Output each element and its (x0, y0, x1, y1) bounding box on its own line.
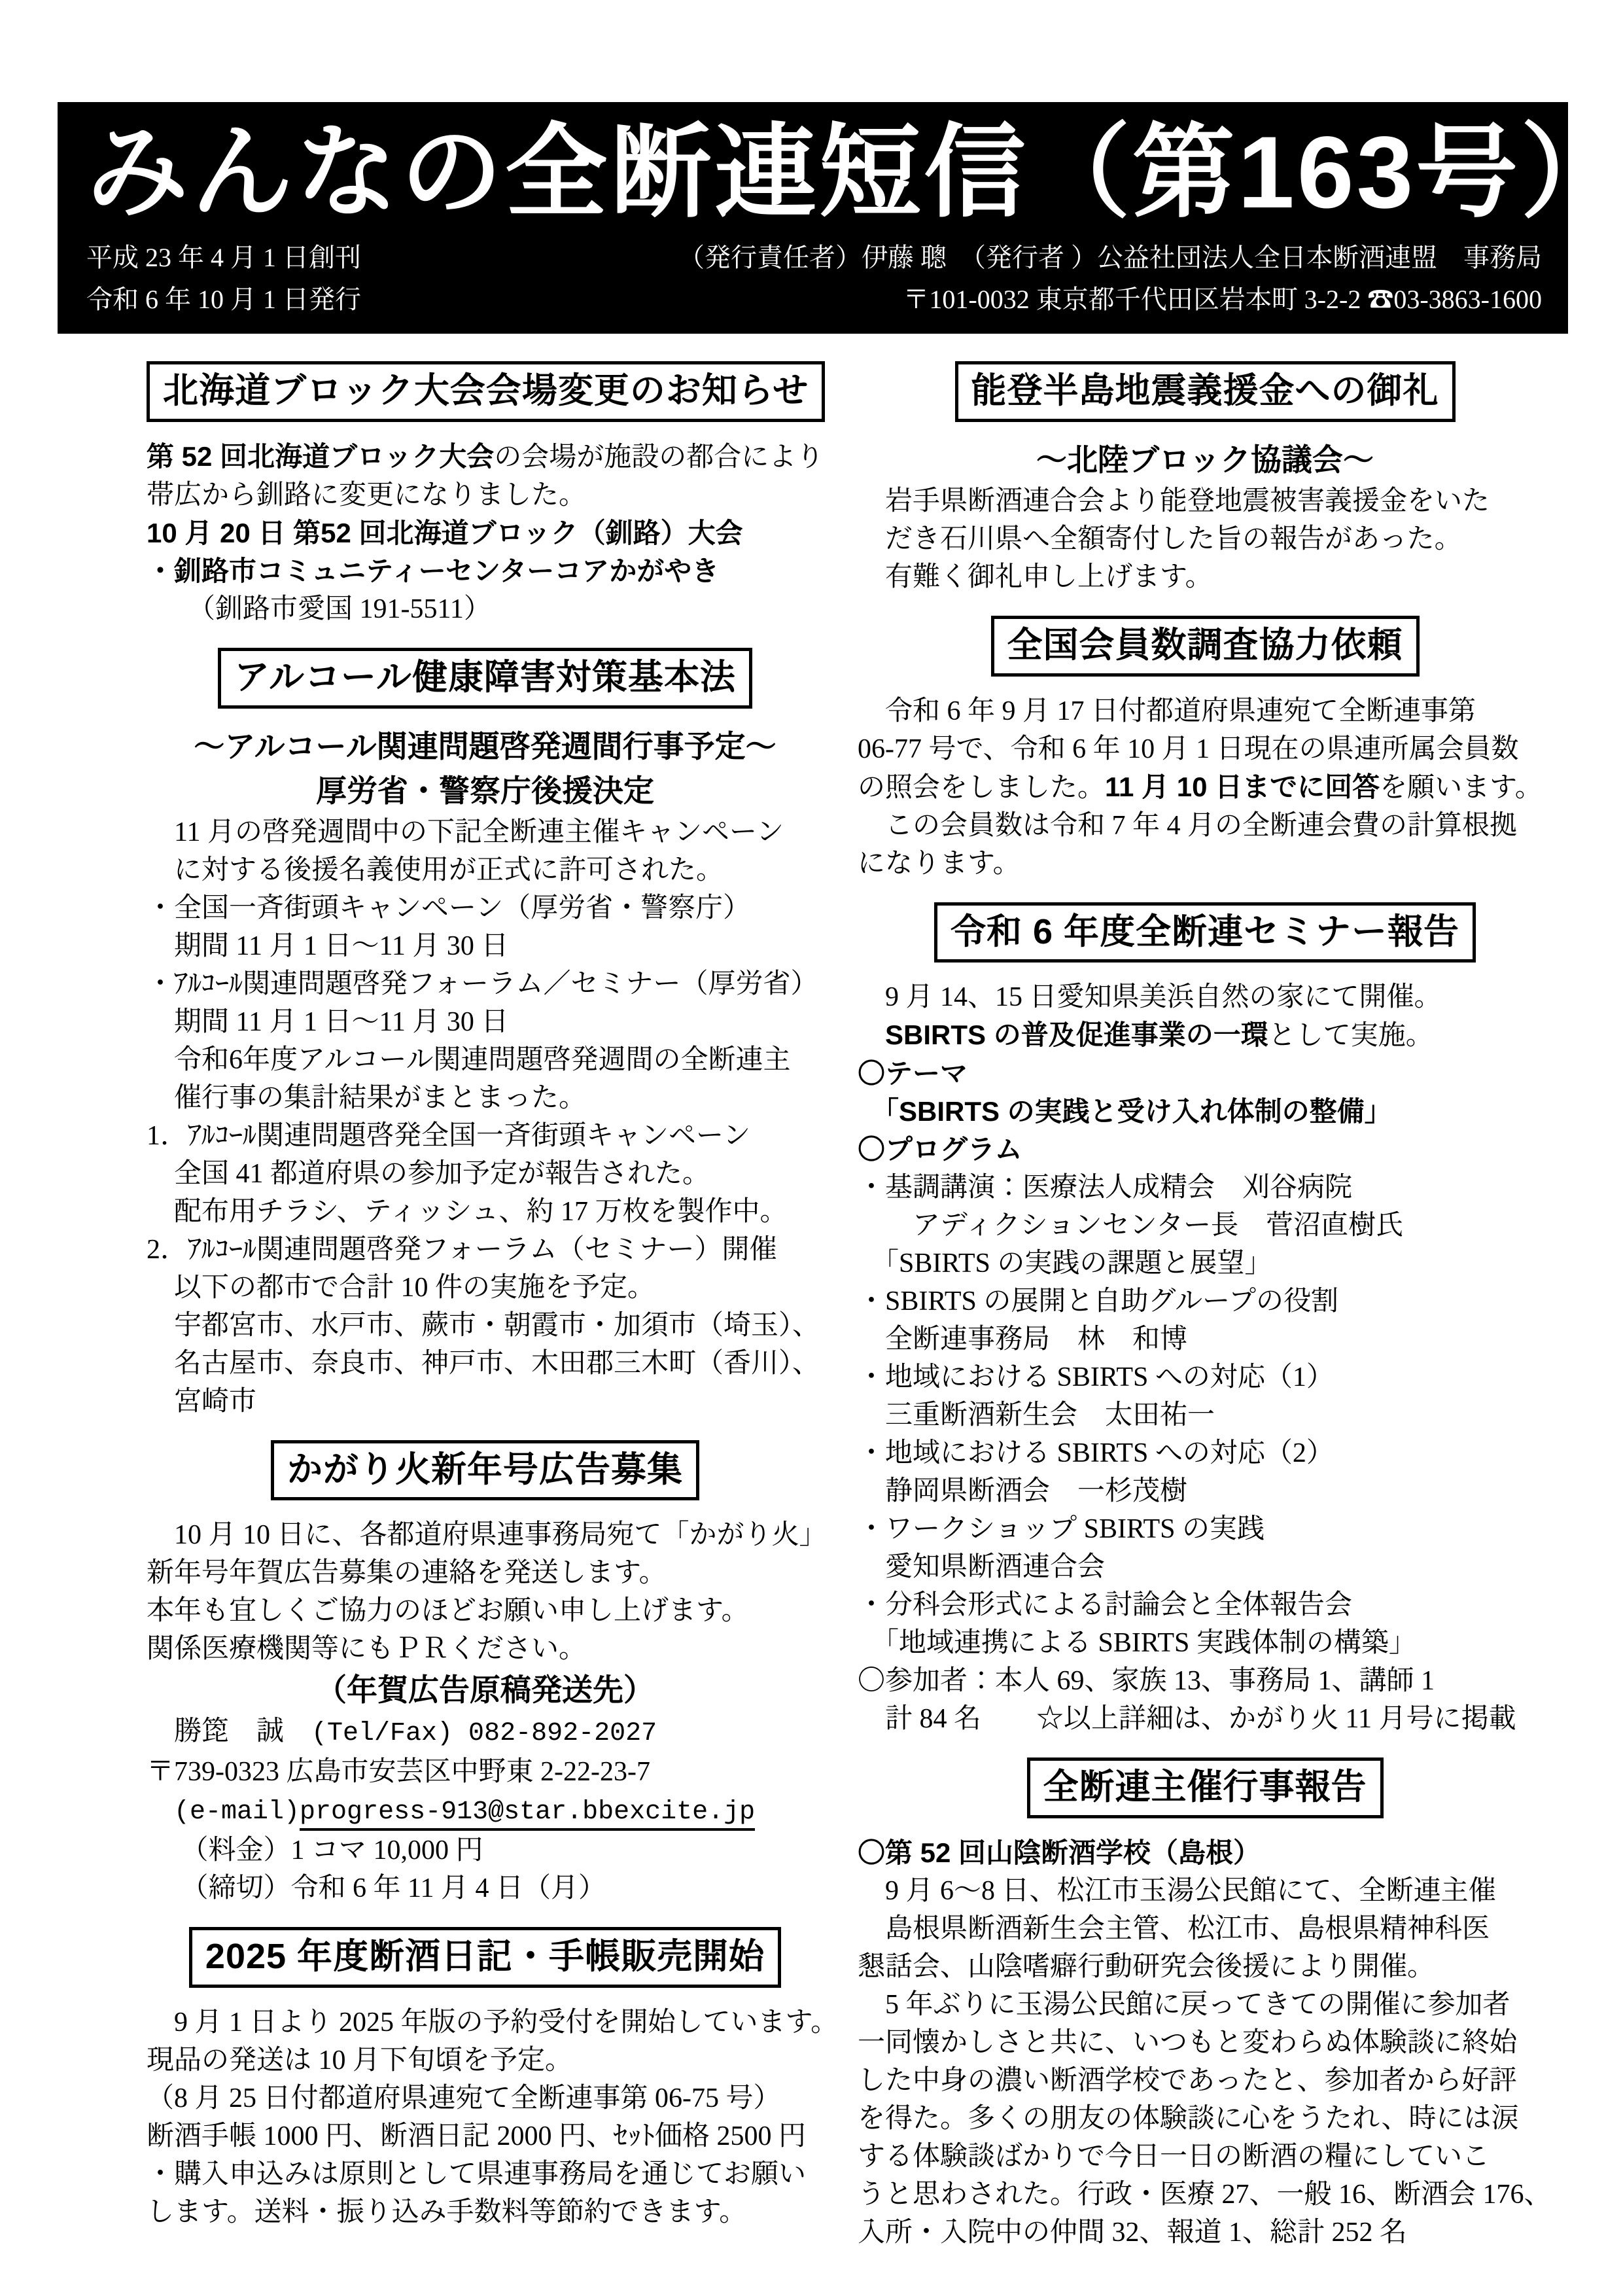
text-line: ・地域における SBIRTS への対応（2） (858, 1434, 1552, 1472)
text-segment: 「SBIRTS の実践の課題と展望」 (858, 1248, 1272, 1279)
text-line: を得た。多くの朋友の体験談に心をうたれ、時には涙 (858, 2100, 1552, 2138)
text-segment: 宮崎市 (147, 1386, 256, 1417)
text-line: この会員数は令和 7 年 4 月の全断連会費の計算根拠 (858, 807, 1552, 845)
text-line: 期間 11 月 1 日～11 月 30 日 (147, 1003, 824, 1041)
text-segment: (e-mail) (174, 1797, 300, 1827)
section: アルコール健康障害対策基本法～アルコール関連問題啓発週間行事予定～厚労省・警察庁… (147, 648, 824, 1421)
publisher-info: （発行責任者）伊藤 聰 （発行者 ）公益社団法人全日本断酒連盟 事務局 (678, 241, 1542, 275)
text-segment: した中身の濃い断酒学校であったと、参加者から好評 (858, 2066, 1517, 2096)
text-segment: うと思わされた。行政・医療 27、一般 16、断酒会 176、 (858, 2180, 1552, 2210)
text-segment: ・ｱﾙｺｰﾙ関連問題啓発フォーラム／セミナー（厚労省） (147, 969, 818, 999)
text-segment: の照会をしました。 (858, 773, 1105, 803)
text-segment: SBIRTS の普及促進事業の一環 (885, 1019, 1268, 1050)
text-segment: 配布用チラシ、ティッシュ、約 17 万枚を製作中。 (147, 1197, 787, 1227)
text-segment: 〇第 52 回山陰断酒学校（島根） (858, 1837, 1261, 1868)
text-line: の照会をしました。11 月 10 日までに回答を願います。 (858, 768, 1552, 807)
newsletter-page: { "header": { "title": "みんなの全断連短信（第163号）… (0, 0, 1623, 2296)
text-segment: この会員数は令和 7 年 4 月の全断連会費の計算根拠 (858, 811, 1517, 841)
text-segment: 愛知県断酒連合会 (858, 1552, 1105, 1582)
text-segment: を得た。多くの朋友の体験談に心をうたれ、時には涙 (858, 2104, 1519, 2134)
text-line: した中身の濃い断酒学校であったと、参加者から好評 (858, 2062, 1552, 2100)
text-line: 懇話会、山陰嗜癖行動研究会後援により開催。 (858, 1948, 1552, 1986)
text-segment: に対する後援名義使用が正式に許可された。 (147, 855, 724, 885)
text-line: アディクションセンター長 菅沼直樹氏 (858, 1207, 1552, 1245)
text-segment: だき石川県へ全額寄付した旨の報告があった。 (858, 524, 1462, 554)
text-line: ～アルコール関連問題啓発週間行事予定～ (147, 724, 824, 769)
text-segment: （8 月 25 日付都道府県連宛て全断連事第 06-75 号） (147, 2083, 781, 2113)
text-line: 10 月 10 日に、各都道府県連事務局宛て「かがり火」 (147, 1516, 824, 1554)
text-segment: （釧路市愛国 191-5511） (147, 594, 491, 624)
text-segment: 11 月の啓発週間中の下記全断連主催キャンペーン (147, 817, 784, 847)
text-segment: 9 月 1 日より 2025 年版の予約受付を開始しています。 (147, 2007, 838, 2038)
text-segment: 一同懐かしさと共に、いつもと変わらぬ体験談に終始 (858, 2028, 1517, 2058)
text-line: ・地域における SBIRTS への対応（1） (858, 1358, 1552, 1396)
section: かがり火新年号広告募集 10 月 10 日に、各都道府県連事務局宛て「かがり火」… (147, 1440, 824, 1908)
text-segment: 期間 11 月 1 日～11 月 30 日 (147, 1007, 508, 1037)
text-segment: 厚労省・警察庁後援決定 (316, 773, 654, 808)
text-line: 〇参加者：本人 69、家族 13、事務局 1、講師 1 (858, 1662, 1552, 1700)
text-segment: する体験談ばかりで今日一日の断酒の糧にしていこ (858, 2142, 1490, 2172)
text-line: 〇第 52 回山陰断酒学校（島根） (858, 1834, 1552, 1872)
text-line: (e-mail)progress-913@star.bbexcite.jp (147, 1791, 824, 1831)
text-segment: 宇都宮市、水戸市、蕨市・朝霞市・加須市（埼玉）、 (147, 1311, 820, 1341)
text-line: 期間 11 月 1 日～11 月 30 日 (147, 927, 824, 965)
text-segment: 関係医療機関等にもＰＲください。 (147, 1634, 586, 1664)
text-line: 〇プログラム (858, 1131, 1552, 1169)
text-segment: ～北陸ブロック協議会～ (1036, 442, 1374, 477)
section: 令和 6 年度全断連セミナー報告 9 月 14、15 日愛知県美浜自然の家にて開… (858, 902, 1552, 1739)
text-line: 帯広から釧路に変更になりました。 (147, 476, 824, 514)
text-segment: 断酒手帳 1000 円、断酒日記 2000 円、ｾｯﾄ価格 2500 円 (147, 2121, 806, 2151)
text-segment: 懇話会、山陰嗜癖行動研究会後援により開催。 (858, 1952, 1435, 1982)
text-line: 配布用チラシ、ティッシュ、約 17 万枚を製作中。 (147, 1193, 824, 1231)
text-segment: 令和 6 年 9 月 17 日付都道府県連宛て全断連事第 (858, 696, 1476, 726)
text-segment: ～アルコール関連問題啓発週間行事予定～ (194, 729, 776, 764)
left-column: 北海道ブロック大会会場変更のお知らせ第 52 回北海道ブロック大会の会場が施設の… (147, 356, 824, 2252)
text-line: 新年号年賀広告募集の連絡を発送します。 (147, 1554, 824, 1592)
text-segment: ・SBIRTS の展開と自助グループの役割 (858, 1286, 1338, 1316)
text-line: ・分科会形式による討論会と全体報告会 (858, 1586, 1552, 1624)
text-line: ・全国一斉街頭キャンペーン（厚労省・警察庁） (147, 889, 824, 927)
text-segment: ・分科会形式による討論会と全体報告会 (858, 1590, 1352, 1620)
text-segment: 現品の発送は 10 月下旬頃を予定。 (147, 2045, 572, 2075)
text-line: 宮崎市 (147, 1383, 824, 1421)
text-line: ・ワークショップ SBIRTS の実践 (858, 1510, 1552, 1548)
text-segment: 三重断酒新生会 太田祐一 (858, 1400, 1215, 1430)
text-line: ・購入申込みは原則として県連事務局を通じてお願い (147, 2155, 824, 2193)
text-segment: 期間 11 月 1 日～11 月 30 日 (147, 931, 508, 961)
text-segment: ・地域における SBIRTS への対応（2） (858, 1438, 1334, 1468)
section: 全断連主催行事報告〇第 52 回山陰断酒学校（島根） 9 月 6～8 日、松江市… (858, 1757, 1552, 2252)
text-line: 2．ｱﾙｺｰﾙ関連問題啓発フォーラム（セミナー）開催 (147, 1231, 824, 1269)
text-segment: (Tel/Fax) 082-892-2027 (311, 1719, 657, 1748)
text-segment: 1．ｱﾙｺｰﾙ関連問題啓発全国一斉街頭キャンペーン (147, 1121, 750, 1151)
first-issue-date: 平成 23 年 4 月 1 日創刊 (86, 241, 361, 275)
text-segment: progress-913@star.bbexcite.jp (300, 1797, 755, 1831)
text-line: 宇都宮市、水戸市、蕨市・朝霞市・加須市（埼玉）、 (147, 1307, 824, 1345)
text-line: （8 月 25 日付都道府県連宛て全断連事第 06-75 号） (147, 2079, 824, 2117)
text-segment: 全断連事務局 林 和博 (858, 1324, 1187, 1354)
text-segment: 9 月 14、15 日愛知県美浜自然の家にて開催。 (858, 982, 1442, 1012)
text-line: 厚労省・警察庁後援決定 (147, 769, 824, 813)
text-line: 1．ｱﾙｺｰﾙ関連問題啓発全国一斉街頭キャンペーン (147, 1117, 824, 1155)
text-line: 断酒手帳 1000 円、断酒日記 2000 円、ｾｯﾄ価格 2500 円 (147, 2117, 824, 2155)
text-line: 5 年ぶりに玉湯公民館に戻ってきての開催に参加者 (858, 1986, 1552, 2024)
text-segment: 5 年ぶりに玉湯公民館に戻ってきての開催に参加者 (858, 1990, 1510, 2020)
two-column-body: 北海道ブロック大会会場変更のお知らせ第 52 回北海道ブロック大会の会場が施設の… (147, 356, 1623, 2252)
text-line: 9 月 14、15 日愛知県美浜自然の家にて開催。 (858, 978, 1552, 1016)
text-line: 静岡県断酒会 一杉茂樹 (858, 1472, 1552, 1510)
text-segment: を願います。 (1380, 773, 1543, 803)
text-segment: ・地域における SBIRTS への対応（1） (858, 1362, 1334, 1392)
text-line: ・SBIRTS の展開と自助グループの役割 (858, 1282, 1552, 1320)
text-line: 令和6年度アルコール関連問題啓発週間の全断連主 (147, 1041, 824, 1079)
section: 能登半島地震義援金への御礼～北陸ブロック協議会～ 岩手県断酒連合会より能登地震被… (858, 361, 1552, 596)
text-segment: 10 月 20 日 第52 回北海道ブロック（釧路）大会 (147, 518, 743, 548)
text-line: 10 月 20 日 第52 回北海道ブロック（釧路）大会 (147, 514, 824, 552)
text-line: 三重断酒新生会 太田祐一 (858, 1396, 1552, 1434)
text-line: だき石川県へ全額寄付した旨の報告があった。 (858, 520, 1552, 558)
text-segment: 〇プログラム (858, 1134, 1022, 1165)
text-line: （料金）1 コマ 10,000 円 (147, 1831, 824, 1869)
section-title: アルコール健康障害対策基本法 (218, 648, 752, 709)
text-segment: 10 月 10 日に、各都道府県連事務局宛て「かがり火」 (147, 1520, 827, 1550)
text-segment: 2．ｱﾙｺｰﾙ関連問題啓発フォーラム（セミナー）開催 (147, 1235, 777, 1265)
text-line: 本年も宜しくご協力のほどお願い申し上げます。 (147, 1592, 824, 1630)
text-line: ・基調講演：医療法人成精会 刈谷病院 (858, 1169, 1552, 1207)
text-line: 以下の都市で合計 10 件の実施を予定。 (147, 1269, 824, 1307)
text-line: 「SBIRTS の実践と受け入れ体制の整備」 (858, 1093, 1552, 1131)
text-line: 06-77 号で、令和 6 年 10 月 1 日現在の県連所属会員数 (858, 730, 1552, 768)
text-line: 岩手県断酒連合会より能登地震被害義援金をいた (858, 482, 1552, 520)
text-segment: ・基調講演：医療法人成精会 刈谷病院 (858, 1173, 1352, 1203)
right-column: 能登半島地震義援金への御礼～北陸ブロック協議会～ 岩手県断酒連合会より能登地震被… (858, 356, 1552, 2252)
text-segment: （締切）令和 6 年 11 月 4 日（月） (147, 1873, 606, 1903)
text-segment: 新年号年賀広告募集の連絡を発送します。 (147, 1558, 667, 1588)
section-title: 2025 年度断酒日記・手帳販売開始 (189, 1927, 781, 1988)
text-line: 全断連事務局 林 和博 (858, 1320, 1552, 1358)
text-segment: ・ワークショップ SBIRTS の実践 (858, 1514, 1265, 1544)
text-segment: 令和6年度アルコール関連問題啓発週間の全断連主 (147, 1045, 790, 1075)
section: 2025 年度断酒日記・手帳販売開始 9 月 1 日より 2025 年版の予約受… (147, 1927, 824, 2231)
text-line: する体験談ばかりで今日一日の断酒の糧にしていこ (858, 2138, 1552, 2176)
text-line: 愛知県断酒連合会 (858, 1548, 1552, 1586)
text-segment: として実施。 (1268, 1021, 1433, 1051)
text-line: （釧路市愛国 191-5511） (147, 590, 824, 628)
text-segment: 勝箆 誠 (147, 1716, 311, 1746)
newsletter-title: みんなの全断連短信（第163号） (86, 113, 1542, 233)
text-line: 催行事の集計結果がまとまった。 (147, 1079, 824, 1117)
text-segment: 9 月 6～8 日、松江市玉湯公民館にて、全断連主催 (858, 1876, 1496, 1906)
publisher-address-phone: 〒101-0032 東京都千代田区岩本町 3-2-2 ☎03-3863-1600 (903, 283, 1542, 317)
text-segment: アディクションセンター長 菅沼直樹氏 (858, 1210, 1403, 1241)
text-segment: の会場が施設の都合により (494, 442, 824, 472)
text-segment: 計 84 名 ☆以上詳細は、かがり火 11 月号に掲載 (858, 1704, 1516, 1734)
text-line: うと思わされた。行政・医療 27、一般 16、断酒会 176、 (858, 2176, 1552, 2214)
text-segment (858, 1021, 885, 1051)
text-line: ・ｱﾙｺｰﾙ関連問題啓発フォーラム／セミナー（厚労省） (147, 965, 824, 1003)
section: 全国会員数調査協力依頼 令和 6 年 9 月 17 日付都道府県連宛て全断連事第… (858, 616, 1552, 883)
text-segment: 帯広から釧路に変更になりました。 (147, 480, 586, 510)
text-segment: 「地域連携による SBIRTS 実践体制の構築」 (858, 1628, 1416, 1658)
text-line: 現品の発送は 10 月下旬頃を予定。 (147, 2041, 824, 2079)
text-line: 令和 6 年 9 月 17 日付都道府県連宛て全断連事第 (858, 692, 1552, 730)
text-segment: 催行事の集計結果がまとまった。 (147, 1083, 586, 1113)
text-line: 11 月の啓発週間中の下記全断連主催キャンペーン (147, 813, 824, 851)
text-segment: 〇テーマ (858, 1058, 968, 1089)
text-segment: 「SBIRTS の実践と受け入れ体制の整備」 (858, 1096, 1392, 1127)
text-line: 名古屋市、奈良市、神戸市、木田郡三木町（香川）、 (147, 1345, 824, 1383)
text-line: 有難く御礼申し上げます。 (858, 558, 1552, 596)
text-line: 9 月 1 日より 2025 年版の予約受付を開始しています。 (147, 2004, 824, 2041)
text-line: （締切）令和 6 年 11 月 4 日（月） (147, 1869, 824, 1907)
text-line: 〇テーマ (858, 1055, 1552, 1093)
text-segment: 第 52 回北海道ブロック大会 (147, 441, 494, 472)
text-line: します。送料・振り込み手数料等節約できます。 (147, 2193, 824, 2231)
text-segment: 岩手県断酒連合会より能登地震被害義援金をいた (858, 486, 1490, 516)
publication-info-row-2: 令和 6 年 10 月 1 日発行 〒101-0032 東京都千代田区岩本町 3… (86, 283, 1542, 317)
text-line: 9 月 6～8 日、松江市玉湯公民館にて、全断連主催 (858, 1872, 1552, 1910)
text-segment: 島根県断酒新生会主管、松江市、島根県精神科医 (858, 1914, 1490, 1944)
text-line: （年賀広告原稿発送先） (147, 1668, 824, 1712)
text-segment: 11 月 10 日までに回答 (1105, 771, 1380, 802)
section-title: 全断連主催行事報告 (1027, 1757, 1384, 1818)
section-title: 全国会員数調査協力依頼 (991, 616, 1420, 677)
text-segment: 入所・入院中の仲間 32、報道 1、総計 252 名 (858, 2217, 1407, 2248)
text-segment: 名古屋市、奈良市、神戸市、木田郡三木町（香川）、 (147, 1349, 820, 1379)
text-segment: 以下の都市で合計 10 件の実施を予定。 (147, 1273, 655, 1303)
text-segment: になります。 (858, 849, 1021, 879)
text-line: 計 84 名 ☆以上詳細は、かがり火 11 月号に掲載 (858, 1700, 1552, 1738)
text-segment: 06-77 号で、令和 6 年 10 月 1 日現在の県連所属会員数 (858, 734, 1519, 764)
text-segment: ・購入申込みは原則として県連事務局を通じてお願い (147, 2159, 806, 2189)
text-segment: ・釧路市コミュニティーセンターコアかがやき (147, 556, 719, 586)
text-segment: 静岡県断酒会 一杉茂樹 (858, 1476, 1187, 1506)
text-line: 一同懐かしさと共に、いつもと変わらぬ体験談に終始 (858, 2024, 1552, 2062)
text-line: に対する後援名義使用が正式に許可された。 (147, 851, 824, 889)
text-line: 勝箆 誠 (Tel/Fax) 082-892-2027 (147, 1712, 824, 1753)
section-title: 令和 6 年度全断連セミナー報告 (934, 902, 1476, 963)
section-title: 北海道ブロック大会会場変更のお知らせ (147, 361, 825, 422)
text-line: 入所・入院中の仲間 32、報道 1、総計 252 名 (858, 2214, 1552, 2252)
text-segment: します。送料・振り込み手数料等節約できます。 (147, 2197, 746, 2227)
text-line: 「地域連携による SBIRTS 実践体制の構築」 (858, 1624, 1552, 1662)
text-segment: ・全国一斉街頭キャンペーン（厚労省・警察庁） (147, 893, 750, 923)
publication-info-row-1: 平成 23 年 4 月 1 日創刊 （発行責任者）伊藤 聰 （発行者 ）公益社団… (86, 241, 1542, 275)
text-segment (147, 1795, 174, 1825)
section-title: かがり火新年号広告募集 (271, 1440, 699, 1501)
text-segment: 〇参加者：本人 69、家族 13、事務局 1、講師 1 (858, 1666, 1435, 1696)
text-line: 島根県断酒新生会主管、松江市、島根県精神科医 (858, 1910, 1552, 1948)
section: 北海道ブロック大会会場変更のお知らせ第 52 回北海道ブロック大会の会場が施設の… (147, 361, 824, 628)
text-segment: （料金）1 コマ 10,000 円 (147, 1835, 483, 1865)
text-line: 関係医療機関等にもＰＲください。 (147, 1630, 824, 1668)
text-segment: 本年も宜しくご協力のほどお願い申し上げます。 (147, 1596, 749, 1626)
text-line: 〒739-0323 広島市安芸区中野東 2-22-23-7 (147, 1753, 824, 1791)
text-segment: 〒739-0323 広島市安芸区中野東 2-22-23-7 (147, 1757, 650, 1787)
text-line: 全国 41 都道府県の参加予定が報告された。 (147, 1155, 824, 1193)
masthead-banner: みんなの全断連短信（第163号） 平成 23 年 4 月 1 日創刊 （発行責任… (58, 102, 1568, 334)
text-segment: 有難く御礼申し上げます。 (858, 562, 1213, 592)
issue-date: 令和 6 年 10 月 1 日発行 (86, 283, 361, 317)
text-line: SBIRTS の普及促進事業の一環として実施。 (858, 1016, 1552, 1055)
text-segment: （年賀広告原稿発送先） (316, 1672, 654, 1707)
text-line: 「SBIRTS の実践の課題と展望」 (858, 1245, 1552, 1282)
text-line: ～北陸ブロック協議会～ (858, 438, 1552, 482)
text-line: 第 52 回北海道ブロック大会の会場が施設の都合により (147, 438, 824, 476)
text-line: になります。 (858, 845, 1552, 883)
text-line: ・釧路市コミュニティーセンターコアかがやき (147, 552, 824, 590)
text-segment: 全国 41 都道府県の参加予定が報告された。 (147, 1159, 710, 1189)
section-title: 能登半島地震義援金への御礼 (955, 361, 1456, 422)
